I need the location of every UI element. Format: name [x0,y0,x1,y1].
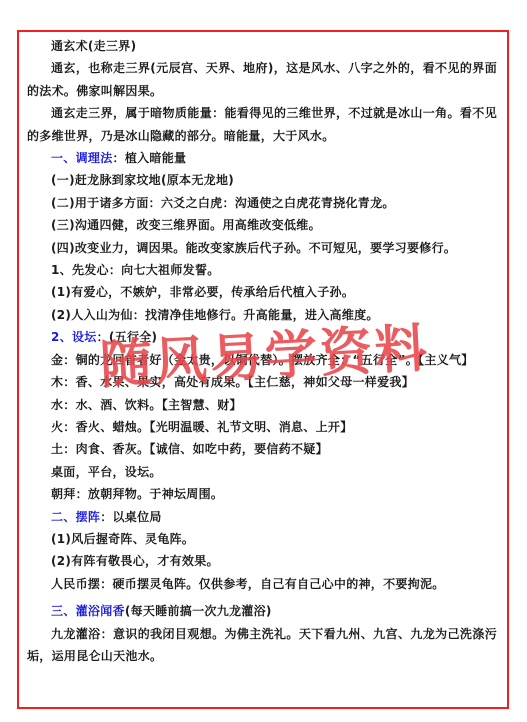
text-segment: (2)人入山为仙：找清净佳地修行。升高能量，进入高维度。 [51,308,379,322]
paragraph: (2)有阵有敬畏心，才有效果。 [27,550,497,572]
section-heading: 一、调理法 [51,151,113,165]
text-segment: ：以桌位局 [100,510,162,524]
paragraph: 通玄，也称走三界(元辰宫、天界、地府)，这是风水、八字之外的，看不见的界面的法术… [27,57,497,102]
text-segment: 人民币摆：硬币摆灵龟阵。仅供参考，自己有自己心中的神，不要拘泥。 [51,577,445,591]
paragraph: 1、先发心：向七大祖师发誓。 [27,259,497,281]
text-segment: (2)有阵有敬畏心，才有效果。 [51,554,219,568]
paragraph: (四)改变业力，调因果。能改变家族后代子孙。不可短见，要学习要修行。 [27,237,497,259]
text-segment: 水：水、酒、饮料。【主智慧、财】 [51,398,242,412]
paragraph: 木：香、水果、果实，高处有成果。【主仁慈，神如父母一样爱我】 [27,371,497,393]
text-segment: 通玄，也称走三界(元辰宫、天界、地府)，这是风水、八字之外的，看不见的界面的法术… [27,61,497,97]
text-segment: 通玄术(走三界) [51,39,136,53]
text-segment: 火：香火、蜡烛。【光明温暖、礼节文明、消息、上开】 [51,420,353,434]
paragraph: 水：水、酒、饮料。【主智慧、财】 [27,394,497,416]
paragraph: 土：肉食、香灰。【诚信、如吃中药，要信药不疑】 [27,438,497,460]
text-segment: 木：香、水果、果实，高处有成果。【主仁慈，神如父母一样爱我】 [51,375,414,389]
paragraph: 朝拜：放朝拜物。于神坛周围。 [27,483,497,505]
paragraph: 九龙灌浴：意识的我闭目观想。为佛主洗礼。天下看九州、九宫、九龙为己洗涤污垢，运用… [27,623,497,668]
paragraph: (1)有爱心，不嫉妒，非常必要，传承给后代植入子孙。 [27,281,497,303]
section-heading: 三、灌浴闻香 [51,604,125,618]
section-heading: 2、设坛 [51,330,97,344]
text-segment: 金：铜的龙回首者好（金太贵，以铜代替）。摆放齐全：“五行全”。【主义气】 [51,353,474,367]
paragraph: 二、摆阵：以桌位局 [27,506,497,528]
paragraph: (二)用于诸多方面：六爻之白虎：沟通使之白虎花青挠化青龙。 [27,192,497,214]
text-segment: 朝拜：放朝拜物。于神坛周围。 [51,487,223,501]
paragraph: 金：铜的龙回首者好（金太贵，以铜代替）。摆放齐全：“五行全”。【主义气】 [27,349,497,371]
text-segment: ：(五行全) [97,330,158,344]
text-segment: (二)用于诸多方面：六爻之白虎：沟通使之白虎花青挠化青龙。 [51,196,395,210]
text-segment: (1)风后握奇阵、灵龟阵。 [51,532,194,546]
paragraph: 2、设坛：(五行全) [27,326,497,348]
text-segment: 桌面，平台，设坛。 [51,465,162,479]
paragraph: (一)赶龙脉到家坟地(原本无龙地) [27,169,497,191]
text-segment: (一)赶龙脉到家坟地(原本无龙地) [51,173,234,187]
paragraph: (三)沟通四健，改变三维界面。用高维改变低维。 [27,214,497,236]
paragraph: 人民币摆：硬币摆灵龟阵。仅供参考，自己有自己心中的神，不要拘泥。 [27,573,497,595]
paragraph: 火：香火、蜡烛。【光明温暖、礼节文明、消息、上开】 [27,416,497,438]
paragraph: 一、调理法：植入暗能量 [27,147,497,169]
text-segment: (每天睡前搞一次九龙灌浴) [125,604,272,618]
text-segment: 九龙灌浴：意识的我闭目观想。为佛主洗礼。天下看九州、九宫、九龙为己洗涤污垢，运用… [27,627,497,663]
text-segment: 1、先发心：向七大祖师发誓。 [51,263,220,277]
text-segment: 通玄走三界，属于暗物质能量：能看得见的三维世界，不过就是冰山一角。看不见的多维世… [27,106,497,142]
paragraph: 通玄走三界，属于暗物质能量：能看得见的三维世界，不过就是冰山一角。看不见的多维世… [27,102,497,147]
document-body: 通玄术(走三界)通玄，也称走三界(元辰宫、天界、地府)，这是风水、八字之外的，看… [19,32,507,667]
text-segment: (1)有爱心，不嫉妒，非常必要，传承给后代植入子孙。 [51,285,354,299]
section-heading: 二、摆阵 [51,510,100,524]
text-segment: ：植入暗能量 [113,151,187,165]
paragraph: 通玄术(走三界) [27,35,497,57]
text-segment: (三)沟通四健，改变三维界面。用高维改变低维。 [51,218,321,232]
paragraph: 三、灌浴闻香(每天睡前搞一次九龙灌浴) [27,600,497,622]
document-page-border: 通玄术(走三界)通玄，也称走三界(元辰宫、天界、地府)，这是风水、八字之外的，看… [17,30,509,709]
paragraph: (1)风后握奇阵、灵龟阵。 [27,528,497,550]
text-segment: 土：肉食、香灰。【诚信、如吃中药，要信药不疑】 [51,442,328,456]
paragraph: 桌面，平台，设坛。 [27,461,497,483]
text-segment: (四)改变业力，调因果。能改变家族后代子孙。不可短见，要学习要修行。 [51,241,456,255]
paragraph: (2)人入山为仙：找清净佳地修行。升高能量，进入高维度。 [27,304,497,326]
